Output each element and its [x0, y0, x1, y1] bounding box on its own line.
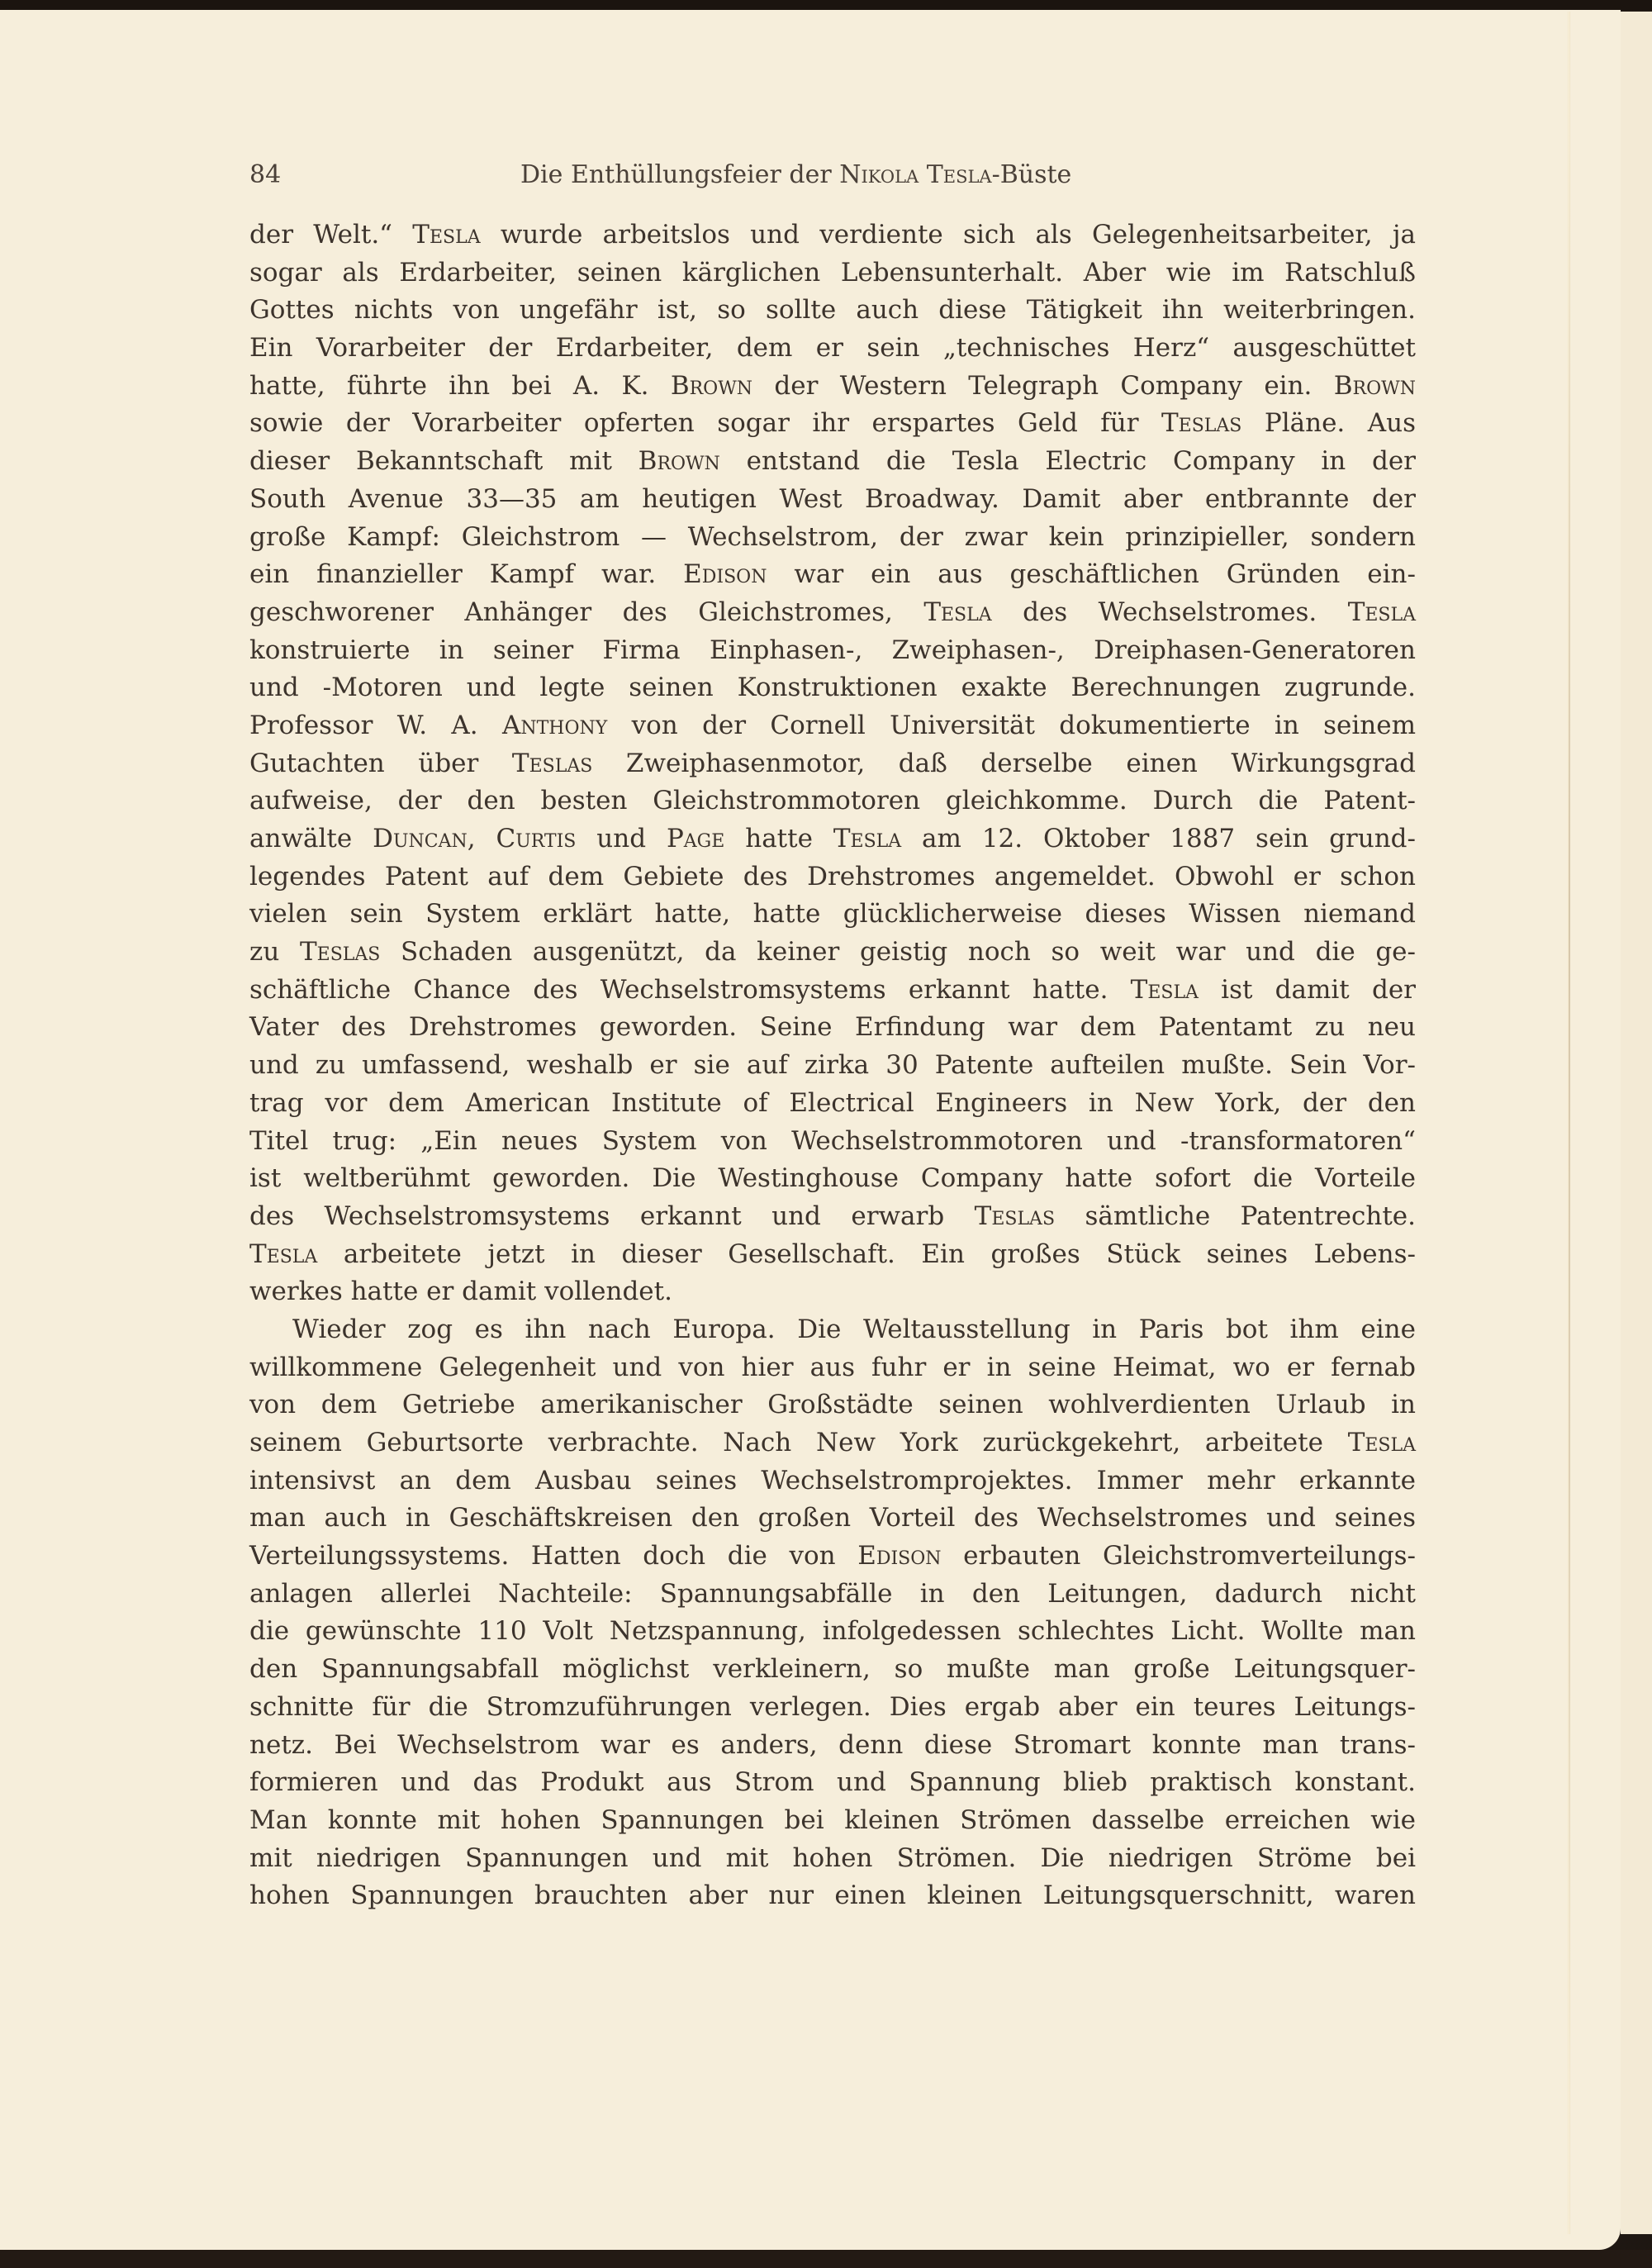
- person-name-smallcaps: Teslas: [512, 749, 592, 778]
- text-line: und -Motoren und legte seinen Konstrukti…: [249, 669, 1416, 707]
- text-line: formieren und das Produkt aus Strom und …: [249, 1764, 1416, 1802]
- page-number: 84: [249, 159, 281, 192]
- text-line: Gottes nichts von ungefähr ist, so sollt…: [249, 292, 1416, 330]
- text-line: sogar als Erdarbeiter, seinen kärglichen…: [249, 254, 1416, 292]
- scan-border-bottom: [0, 2250, 1652, 2268]
- text-line: von dem Getriebe amerikanischer Großstäd…: [249, 1386, 1416, 1424]
- text-line: Man konnte mit hohen Spannungen bei klei…: [249, 1802, 1416, 1840]
- text-line: dieser Bekanntschaft mit Brown entstand …: [249, 443, 1416, 481]
- person-name-smallcaps: Brown: [1334, 371, 1416, 401]
- person-name-smallcaps: Curtis: [496, 824, 576, 853]
- person-name-smallcaps: Tesla: [1348, 597, 1416, 627]
- text-line: vielen sein System erklärt hatte, hatte …: [249, 896, 1416, 934]
- text-line: und zu umfassend, weshalb er sie auf zir…: [249, 1047, 1416, 1085]
- text-line: Tesla arbeitete jetzt in dieser Gesellsc…: [249, 1236, 1416, 1274]
- text-line: Vater des Drehstromes geworden. Seine Er…: [249, 1009, 1416, 1047]
- text-line: geschworener Anhänger des Gleichstromes,…: [249, 594, 1416, 632]
- text-line: Verteilungssystems. Hatten doch die von …: [249, 1538, 1416, 1576]
- title-name-smallcaps: Nikola Tesla: [839, 160, 991, 189]
- person-name-smallcaps: Tesla: [1131, 975, 1199, 1005]
- person-name-smallcaps: Edison: [857, 1541, 941, 1571]
- text-line: Titel trug: „Ein neues System von Wechse…: [249, 1123, 1416, 1161]
- text-line: konstruierte in seiner Firma Einphasen-,…: [249, 632, 1416, 670]
- person-name-smallcaps: Edison: [683, 559, 767, 589]
- text-line: hohen Spannungen brauchten aber nur eine…: [249, 1877, 1416, 1915]
- person-name-smallcaps: Teslas: [1161, 408, 1241, 438]
- text-line: anlagen allerlei Nachteile: Spannungsabf…: [249, 1576, 1416, 1614]
- body-text: der Welt.“ Tesla wurde arbeitslos und ve…: [249, 216, 1416, 1915]
- title-suffix: -Büste: [992, 160, 1072, 189]
- person-name-smallcaps: Page: [667, 824, 724, 853]
- text-line: ein finanzieller Kampf war. Edison war e…: [249, 556, 1416, 594]
- person-name-smallcaps: Tesla: [1348, 1428, 1416, 1457]
- text-line: hatte, führte ihn bei A. K. Brown der We…: [249, 368, 1416, 406]
- text-line: trag vor dem American Institute of Elect…: [249, 1085, 1416, 1123]
- text-line: seinem Geburtsorte verbrachte. Nach New …: [249, 1424, 1416, 1462]
- person-name-smallcaps: Tesla: [249, 1239, 317, 1269]
- adjacent-page-edge: [1621, 12, 1652, 2234]
- person-name-smallcaps: Teslas: [975, 1201, 1055, 1231]
- running-title: Die Enthüllungsfeier der Nikola Tesla-Bü…: [520, 159, 1071, 192]
- text-line: werkes hatte er damit vollendet.: [249, 1273, 1416, 1311]
- text-line: Gutachten über Teslas Zweiphasenmotor, d…: [249, 745, 1416, 783]
- text-line: legendes Patent auf dem Gebiete des Dreh…: [249, 858, 1416, 896]
- text-line: Wieder zog es ihn nach Europa. Die Welta…: [249, 1311, 1416, 1349]
- title-text: Die Enthüllungsfeier der: [520, 160, 839, 189]
- text-line: des Wechselstromsystems erkannt und erwa…: [249, 1198, 1416, 1236]
- running-header: 84 Die Enthüllungsfeier der Nikola Tesla…: [249, 159, 1161, 192]
- text-line: man auch in Geschäftskreisen den großen …: [249, 1500, 1416, 1538]
- text-line: Professor W. A. Anthony von der Cornell …: [249, 707, 1416, 745]
- page-crease: [1569, 149, 1570, 2049]
- text-line: schäftliche Chance des Wechselstromsyste…: [249, 972, 1416, 1010]
- text-line: große Kampf: Gleichstrom — Wechselstrom,…: [249, 519, 1416, 557]
- person-name-smallcaps: Duncan: [373, 824, 468, 853]
- text-line: zu Teslas Schaden ausgenützt, da keiner …: [249, 934, 1416, 972]
- text-line: den Spannungsabfall möglichst verkleiner…: [249, 1651, 1416, 1689]
- text-line: intensivst an dem Ausbau seines Wechsels…: [249, 1462, 1416, 1500]
- person-name-smallcaps: Brown: [671, 371, 752, 401]
- text-line: ist weltberühmt geworden. Die Westinghou…: [249, 1160, 1416, 1198]
- text-line: sowie der Vorarbeiter opferten sogar ihr…: [249, 405, 1416, 443]
- person-name-smallcaps: Tesla: [412, 220, 480, 250]
- text-line: der Welt.“ Tesla wurde arbeitslos und ve…: [249, 216, 1416, 254]
- text-line: netz. Bei Wechselstrom war es anders, de…: [249, 1727, 1416, 1765]
- person-name-smallcaps: Brown: [638, 446, 720, 476]
- person-name-smallcaps: Anthony: [502, 711, 607, 740]
- text-line: Ein Vorarbeiter der Erdarbeiter, dem er …: [249, 330, 1416, 368]
- text-line: mit niedrigen Spannungen und mit hohen S…: [249, 1840, 1416, 1878]
- text-line: South Avenue 33—35 am heutigen West Broa…: [249, 481, 1416, 519]
- text-line: die gewünschte 110 Volt Netzspannung, in…: [249, 1613, 1416, 1651]
- text-line: schnitte für die Stromzuführungen verleg…: [249, 1689, 1416, 1727]
- person-name-smallcaps: Tesla: [923, 597, 991, 627]
- text-line: aufweise, der den besten Gleichstrommoto…: [249, 782, 1416, 820]
- text-line: anwälte Duncan, Curtis und Page hatte Te…: [249, 820, 1416, 858]
- text-line: willkommene Gelegenheit und von hier aus…: [249, 1349, 1416, 1387]
- person-name-smallcaps: Tesla: [833, 824, 901, 853]
- scan-border-top: [0, 0, 1652, 10]
- person-name-smallcaps: Teslas: [300, 937, 380, 967]
